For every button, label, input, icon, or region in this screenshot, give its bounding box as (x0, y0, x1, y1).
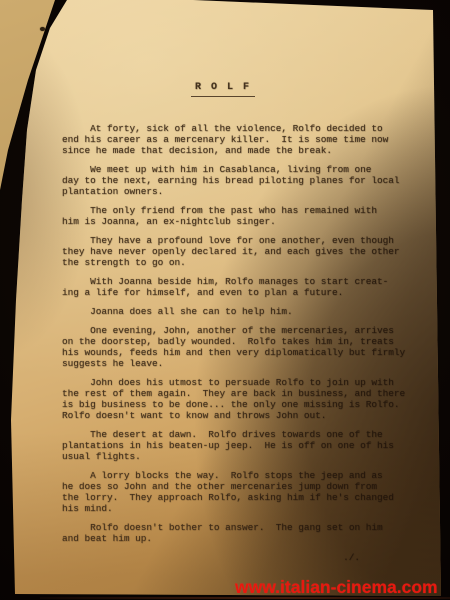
document-page: R O L F At forty, sick of all the violen… (0, 0, 450, 600)
paragraph: Joanna does all she can to help him. (62, 306, 402, 317)
paragraph: John does his utmost to persuade Rolfo t… (62, 377, 402, 421)
paragraph: One evening, John, another of the mercen… (62, 325, 402, 369)
paper-speck (40, 27, 45, 31)
paragraph: A lorry blocks the way. Rolfo stops the … (62, 470, 402, 514)
paragraph: At forty, sick of all the violence, Rolf… (62, 123, 402, 156)
paragraph: We meet up with him in Casablanca, livin… (62, 164, 402, 197)
document-text: R O L F At forty, sick of all the violen… (62, 76, 402, 563)
title-text: R O L F (191, 82, 255, 97)
continuation-mark: ./. (62, 552, 402, 563)
watermark: www.italian-cinema.com (235, 579, 438, 597)
document-title: R O L F (53, 76, 393, 97)
paragraph: The desert at dawn. Rolfo drives towards… (62, 429, 402, 462)
paragraph: With Joanna beside him, Rolfo manages to… (62, 276, 402, 298)
paragraph: Rolfo doesn't bother to answer. The gang… (62, 522, 402, 544)
photo-background: R O L F At forty, sick of all the violen… (0, 0, 450, 600)
table-edge-line (40, 597, 450, 599)
paragraph: The only friend from the past who has re… (62, 205, 402, 227)
paragraph: They have a profound love for one anothe… (62, 235, 402, 268)
